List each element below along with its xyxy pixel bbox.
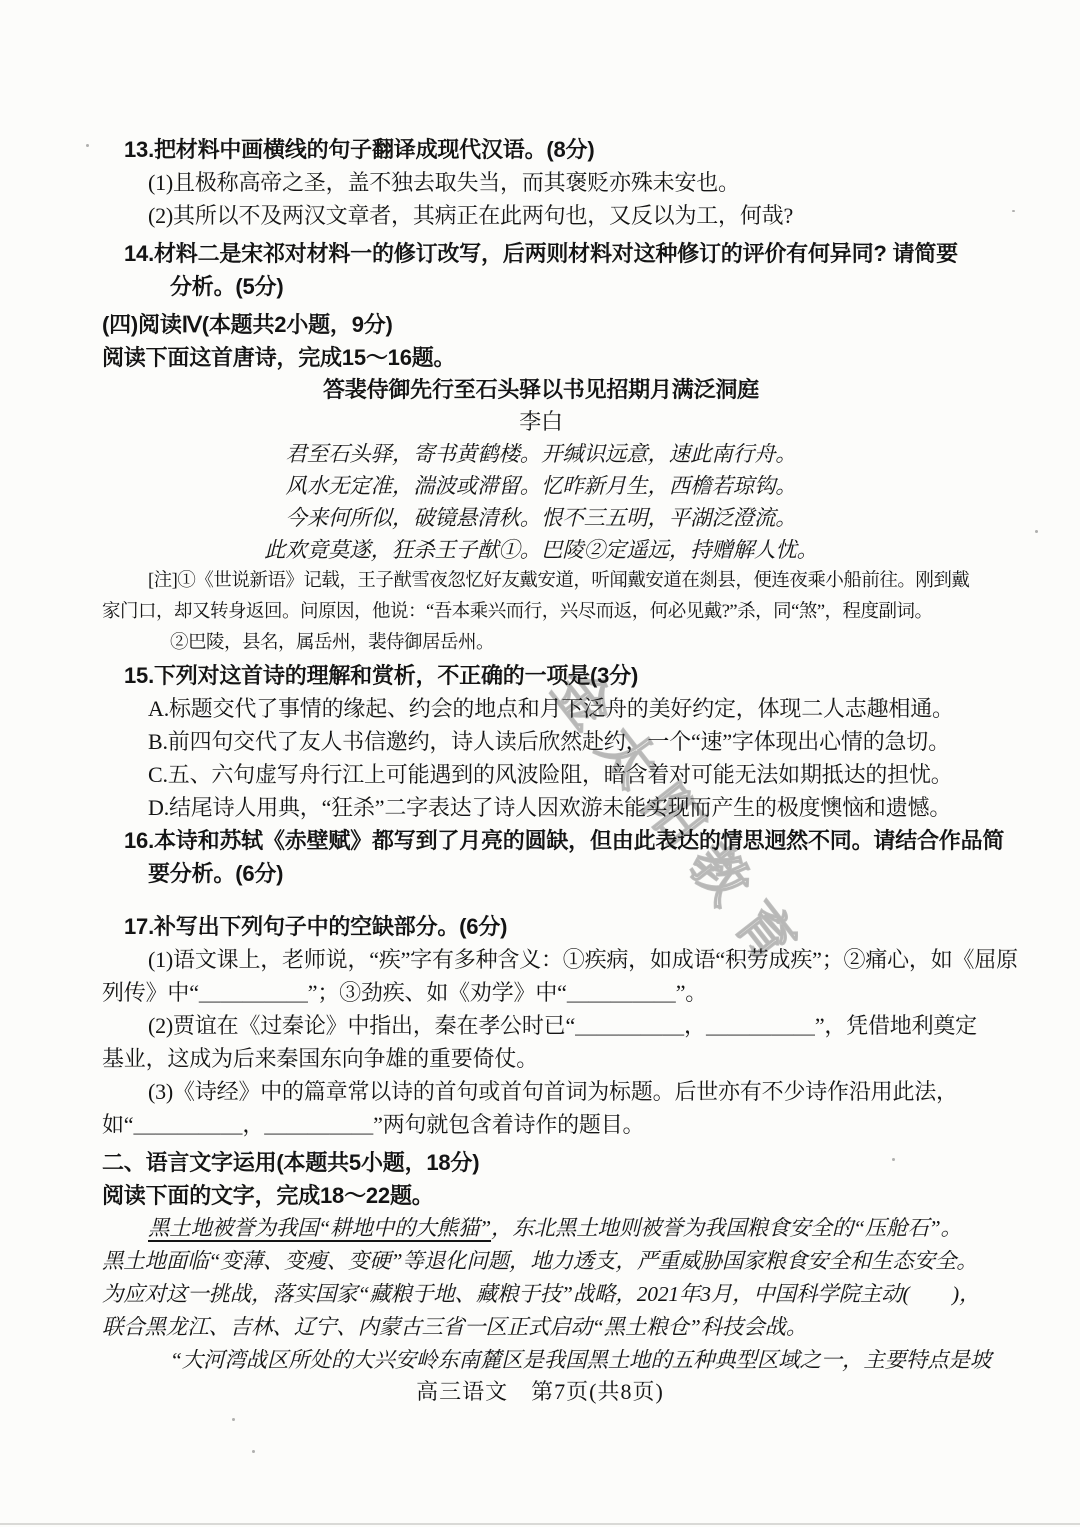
poem-line: 君至石头驿，寄书黄鹤楼。开缄识远意，速此南行舟。 (102, 438, 980, 470)
question-14-stem: 14.材料二是宋祁对材料一的修订改写，后两则材料对这种修订的评价有何异同? 请简… (124, 237, 980, 270)
poem-line: 此欢竟莫遂，狂杀王子猷①。巴陵②定遥远，持赠解人忧。 (102, 534, 980, 566)
question-16-stem: 16.本诗和苏轼《赤壁赋》都写到了月亮的圆缺，但由此表达的情思迥然不同。请结合作… (124, 824, 980, 857)
question-13-stem: 13.把材料中画横线的句子翻译成现代汉语。(8分) (124, 133, 980, 166)
question-17-item-1-cont: 列传》中“＿＿＿＿＿”；③劲疾、如《劝学》中“＿＿＿＿＿”。 (102, 976, 980, 1009)
question-15-option-c: C.五、六句虚写舟行江上可能遇到的风波险阻，暗含着对可能无法如期抵达的担忧。 (148, 758, 980, 791)
question-16-stem-cont: 要分析。(6分) (148, 857, 980, 890)
question-15-option-a: A.标题交代了事情的缘起、约会的地点和月下泛舟的美好约定，体现二人志趣相通。 (148, 692, 980, 725)
section-2-instruction: 阅读下面的文字，完成18～22题。 (102, 1179, 980, 1212)
question-17-item-2-cont: 基业，这成为后来秦国东向争雄的重要倚仗。 (102, 1042, 980, 1075)
exam-paper-page: 金太阳教育 13.把材料中画横线的句子翻译成现代汉语。(8分)(1)且极称高帝之… (0, 0, 1080, 1527)
passage-line: “大河湾战区所处的大兴安岭东南麓区是我国黑土地的五种典型区域之一，主要特点是坡 (170, 1344, 980, 1377)
scan-speck (938, 243, 941, 246)
scan-speck (252, 1450, 255, 1453)
poem-line: 今来何所似，破镜悬清秋。恨不三五明，平湖泛澄流。 (102, 502, 980, 534)
question-15-option-d: D.结尾诗人用典，“狂杀”二字表达了诗人因欢游未能实现而产生的极度懊恼和遗憾。 (148, 791, 980, 824)
question-14-stem-cont: 分析。(5分) (170, 270, 980, 303)
section-2-heading: 二、语言文字运用(本题共5小题，18分) (102, 1146, 980, 1179)
question-17-item-2: (2)贾谊在《过秦论》中指出，秦在孝公时已“＿＿＿＿＿，＿＿＿＿＿”，凭借地利奠… (148, 1009, 980, 1042)
underlined-text: 黑土地被誉为我国“耕地中的大熊猫” (148, 1216, 491, 1240)
scan-speck (842, 1090, 845, 1093)
question-13-item-1: (1)且极称高帝之圣，盖不独去取失当，而其褒贬亦殊未安也。 (148, 166, 980, 199)
text-segment: ，东北黑土地则被誉为我国粮食安全的“压舱石”。 (491, 1216, 962, 1240)
question-17-stem: 17.补写出下列句子中的空缺部分。(6分) (124, 910, 980, 943)
poem-note-1: [注]①《世说新语》记载，王子猷雪夜忽忆好友戴安道，听闻戴安道在剡县，便连夜乘小… (148, 566, 980, 597)
scan-speck (232, 1418, 235, 1421)
question-15-stem: 15.下列对这首诗的理解和赏析，不正确的一项是(3分) (124, 659, 980, 692)
question-15-option-b: B.前四句交代了友人书信邀约，诗人读后欣然赴约，一个“速”字体现出心情的急切。 (148, 725, 980, 758)
document-body: 13.把材料中画横线的句子翻译成现代汉语。(8分)(1)且极称高帝之圣，盖不独去… (102, 133, 980, 1377)
scan-edge-line (0, 1523, 1080, 1525)
section-4-instruction: 阅读下面这首唐诗，完成15～16题。 (102, 341, 980, 374)
question-17-item-1: (1)语文课上，老师说，“疾”字有多种含义：①疾病，如成语“积劳成疾”；②痛心，… (148, 943, 980, 976)
question-17-item-3-cont: 如“＿＿＿＿＿，＿＿＿＿＿”两句就包含着诗作的题目。 (102, 1108, 980, 1141)
question-13-item-2: (2)其所以不及两汉文章者，其病正在此两句也，又反以为工，何哉? (148, 199, 980, 232)
passage-line: 黑土地面临“变薄、变瘦、变硬”等退化问题，地力透支，严重威胁国家粮食安全和生态安… (102, 1245, 980, 1278)
poem-title: 答裴侍御先行至石头驿以书见招期月满泛洞庭 (102, 374, 980, 406)
question-17-item-3: (3)《诗经》中的篇章常以诗的首句或首句首词为标题。后世亦有不少诗作沿用此法， (148, 1075, 980, 1108)
scan-speck (86, 144, 89, 147)
scan-speck (1012, 210, 1015, 212)
section-4-heading: (四)阅读Ⅳ(本题共2小题，9分) (102, 308, 980, 341)
poem-note-1-cont: 家门口，却又转身返回。问原因，他说：“吾本乘兴而行，兴尽而返，何必见戴?”杀，同… (102, 597, 980, 628)
passage-line: 黑土地被誉为我国“耕地中的大熊猫”，东北黑土地则被誉为我国粮食安全的“压舱石”。 (148, 1212, 980, 1245)
poem-author: 李白 (102, 406, 980, 438)
passage-line: 为应对这一挑战，落实国家“藏粮于地、藏粮于技”战略，2021年3月，中国科学院主… (102, 1278, 980, 1311)
scan-speck (892, 1158, 895, 1161)
poem-line: 风水无定准，湍波或滞留。忆昨新月生，西檐若琼钩。 (102, 470, 980, 502)
poem-note-2: ②巴陵，县名，属岳州，裴侍御居岳州。 (170, 628, 980, 659)
passage-line: 联合黑龙江、吉林、辽宁、内蒙古三省一区正式启动“黑土粮仓”科技会战。 (102, 1311, 980, 1344)
page-footer: 高三语文 第7页(共8页) (0, 1375, 1080, 1406)
scan-speck (1035, 530, 1038, 533)
